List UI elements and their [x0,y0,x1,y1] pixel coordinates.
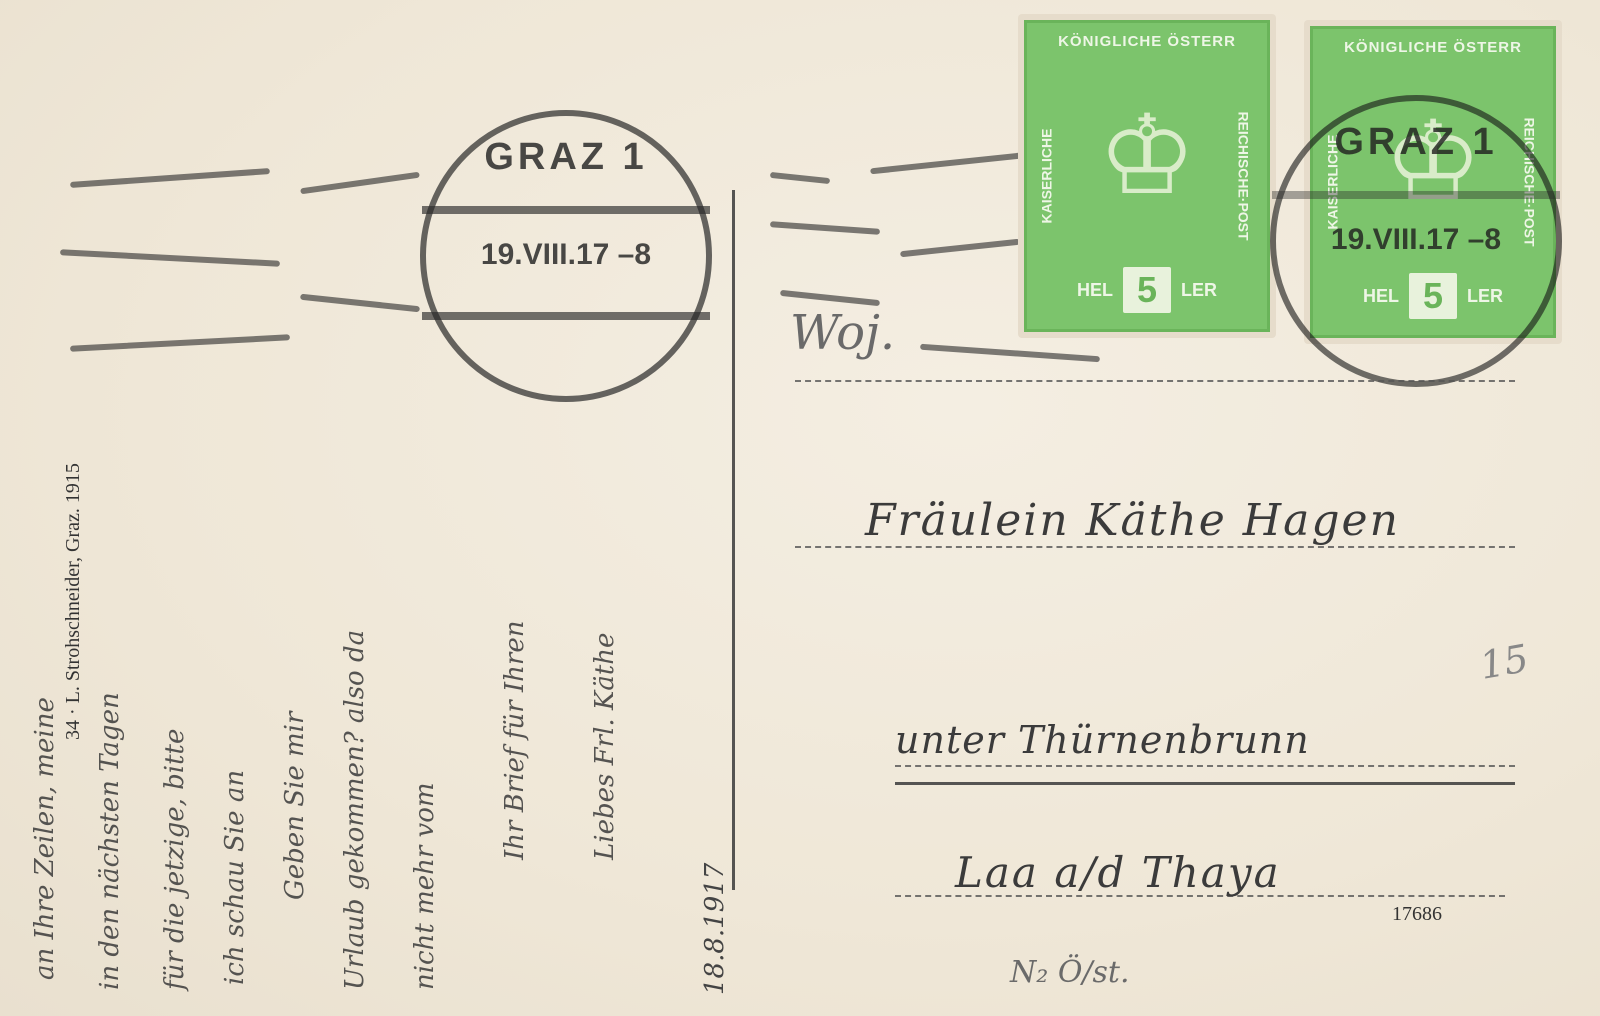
cancel-wave [60,249,280,267]
stamp-left-text: KAISERLICHE [1038,129,1054,224]
recipient-street: unter Thürnenbrunn [895,718,1310,762]
cancel-wave [870,152,1030,175]
stamp-top-text: KÖNIGLICHE ÖSTERR [1313,39,1553,56]
address-line [795,546,1515,548]
postmark: GRAZ 1 19.VIII.17 –8 [420,110,712,402]
publisher-imprint: 34 · L. Strohschneider, Graz. 1915 [62,463,85,740]
message-line: nicht mehr vom [410,782,440,990]
address-line [795,380,1515,382]
pencil-annotation: Woj. [790,305,895,361]
message-line: an Ihre Zeilen, meine [30,697,60,980]
pencil-mark: 15 [1477,636,1532,688]
postmark-city: GRAZ 1 [426,136,706,179]
stamp-value-row: HEL 5 LER [1027,267,1267,313]
stamp-right-text: REICHISCHE·POST [1236,111,1252,240]
stamp-top-text: KÖNIGLICHE ÖSTERR [1027,33,1267,50]
region-note: N₂ Ö/st. [1010,955,1130,990]
address-underline [895,782,1515,785]
address-line [895,765,1515,767]
cancel-wave [780,290,880,306]
postmark-date: 19.VIII.17 –8 [1276,223,1556,257]
cancel-wave [70,334,290,352]
postage-stamp: KÖNIGLICHE ÖSTERR KAISERLICHE REICHISCHE… [1018,14,1276,338]
cancel-wave [300,294,420,313]
recipient-name: Fräulein Käthe Hagen [865,495,1400,546]
cancel-wave [70,168,270,188]
crown-icon: ♔ [1098,101,1197,211]
serial-number: 17686 [1392,903,1442,926]
postmark-city: GRAZ 1 [1276,121,1556,164]
message-line: Geben Sie mir [280,712,310,900]
message-line: Liebes Frl. Käthe [590,633,620,860]
postmark-bar [422,312,710,320]
stamp-value: 5 [1123,267,1171,313]
divider-line [732,190,735,890]
stamp-face: KÖNIGLICHE ÖSTERR KAISERLICHE REICHISCHE… [1024,20,1270,332]
cancel-wave [300,172,420,195]
postmark-bar [1272,191,1560,199]
message-line: Ihr Brief für Ihren [500,621,530,860]
cancel-wave [770,172,830,184]
recipient-city: Laa a/d Thaya [955,848,1281,897]
cancel-wave [920,344,1100,363]
postmark: GRAZ 1 19.VIII.17 –8 [1270,95,1562,387]
postmark-bar [422,206,710,214]
cancel-wave [900,239,1020,258]
message-line: für die jetzige, bitte [160,729,190,990]
postcard: an Ihre Zeilen, meine in den nächsten Ta… [0,0,1600,1016]
cancel-wave [770,221,880,235]
postmark-date: 19.VIII.17 –8 [426,238,706,272]
stamp-unit-right: LER [1181,280,1217,301]
stamp-unit-left: HEL [1077,280,1113,301]
message-line: ich schau Sie an [220,770,250,985]
message-line: in den nächsten Tagen [95,692,125,990]
message-date: 18.8.1917 [700,863,730,995]
message-line: Urlaub gekommen? also da [340,630,370,990]
